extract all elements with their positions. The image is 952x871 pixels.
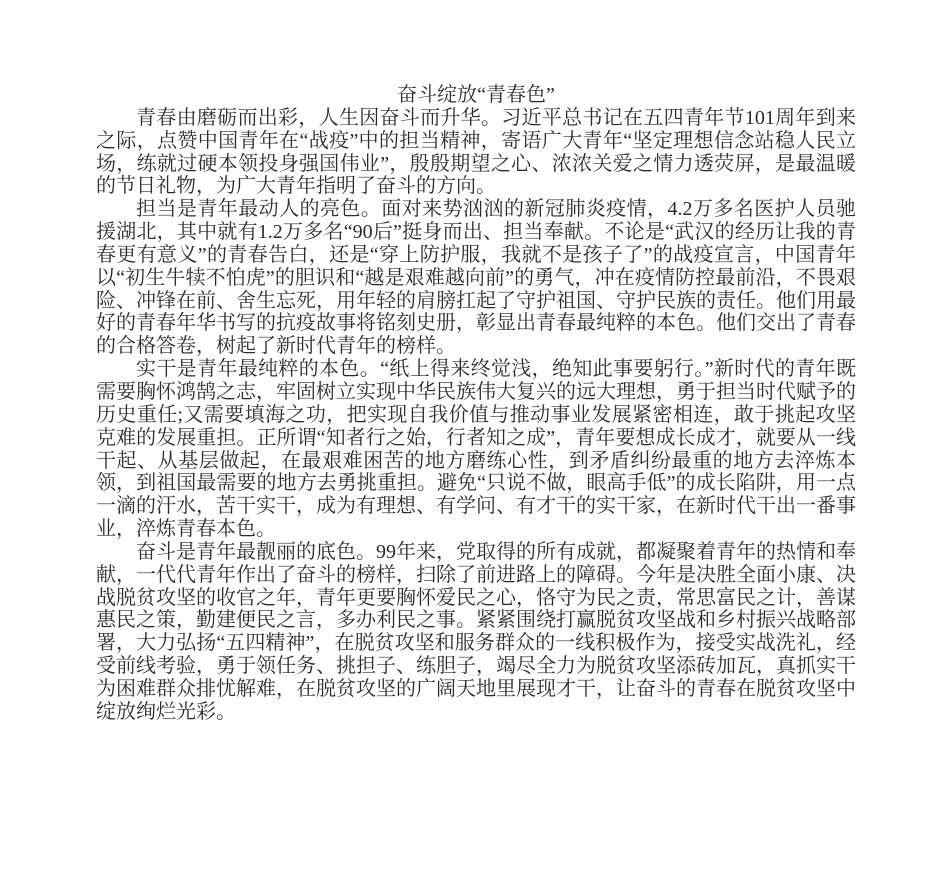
paragraph-fenDou: 奋斗是青年最靓丽的底色。99年来，党取得的所有成就，都凝聚着青年的热情和奉献，一… <box>96 541 856 724</box>
document-body: 奋斗绽放“青春色” 青春由磨砺而出彩，人生因奋斗而升华。习近平总书记在五四青年节… <box>96 84 856 724</box>
paragraph-shiGan: 实干是青年最纯粹的本色。“纸上得来终觉浅，绝知此事要躬行。”新时代的青年既需要胸… <box>96 358 856 541</box>
document-title: 奋斗绽放“青春色” <box>96 84 856 107</box>
paragraph-intro: 青春由磨砺而出彩，人生因奋斗而升华。习近平总书记在五四青年节101周年到来之际，… <box>96 107 856 198</box>
document-page: 奋斗绽放“青春色” 青春由磨砺而出彩，人生因奋斗而升华。习近平总书记在五四青年节… <box>0 0 952 871</box>
paragraph-danDang: 担当是青年最动人的亮色。面对来势汹汹的新冠肺炎疫情，4.2万多名医护人员驰援湖北… <box>96 198 856 358</box>
